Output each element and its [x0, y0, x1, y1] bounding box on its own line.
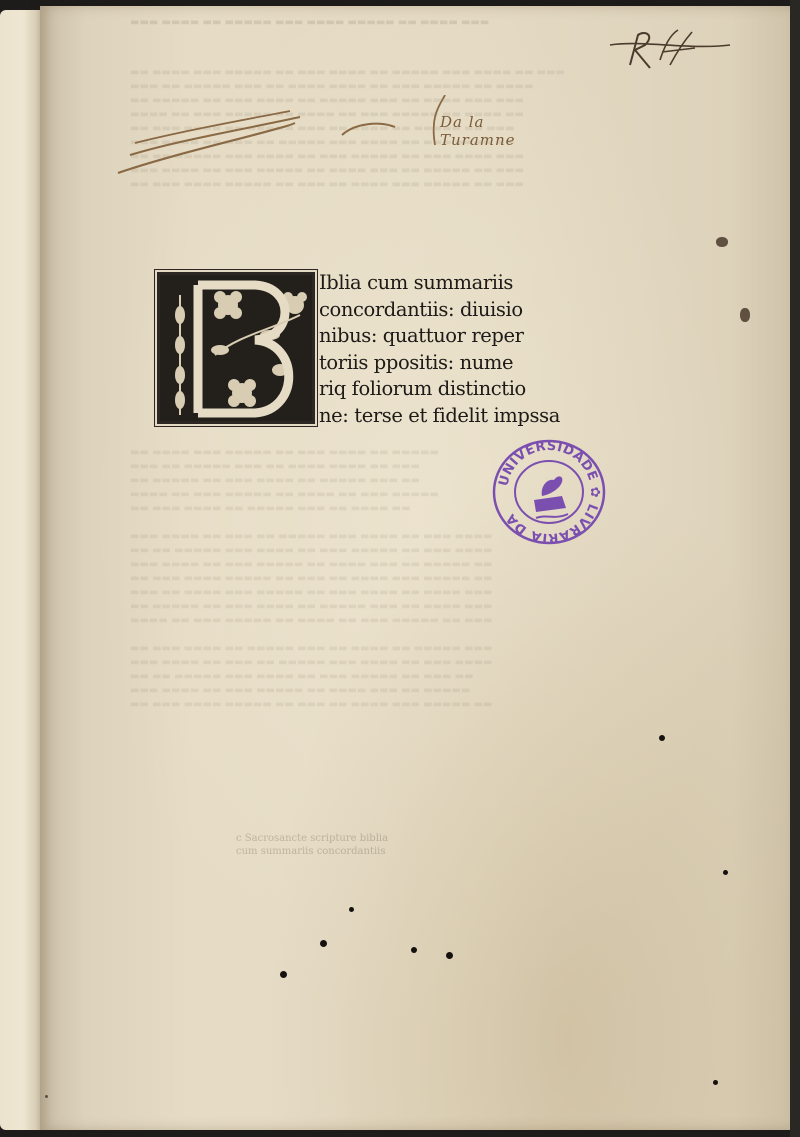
bleed-through-text: ▬▬▬ ▬▬▬▬ ▬▬ ▬▬▬▬▬ ▬▬▬ ▬▬▬▬ ▬▬▬▬▬ ▬▬ ▬▬▬▬…: [130, 16, 632, 30]
imprint-line: cum summariis concordantiis: [236, 845, 388, 858]
right-edge-shadow: [790, 0, 800, 1137]
inscription-text: Da la Turamne: [440, 113, 550, 149]
speck: [45, 1095, 48, 1098]
title-line: ne: terse et fidelit impssa: [319, 403, 549, 430]
wormhole: [411, 947, 417, 953]
ink-stain: [716, 237, 728, 247]
title-line: nibus: quattuor reper: [319, 323, 549, 350]
faded-imprint: c Sacrosancte scripture biblia cum summa…: [236, 832, 388, 858]
monogram: [600, 20, 740, 80]
wormhole: [320, 940, 327, 947]
title-line: riq foliorum distinctio: [319, 376, 549, 403]
decorated-initial: [157, 272, 315, 424]
title-line: toriis ppositis: nume: [319, 350, 549, 377]
title-line: concordantiis: diuisio: [319, 297, 549, 324]
title-block: Iblia cum summariis concordantiis: diuis…: [157, 270, 547, 430]
book-scan: ▬▬▬ ▬▬▬▬ ▬▬ ▬▬▬▬▬ ▬▬▬ ▬▬▬▬ ▬▬▬▬▬ ▬▬ ▬▬▬▬…: [0, 0, 800, 1137]
bird-on-book-stamp-icon: UNIVERSIDADE ✿ LIVRARIA DA: [490, 438, 608, 546]
handwritten-inscription: Da la Turamne: [110, 95, 550, 180]
monogram-icon: [600, 20, 740, 80]
floral-ornament-icon: [160, 275, 312, 421]
title-text: Iblia cum summariis concordantiis: diuis…: [319, 270, 549, 429]
wormhole: [446, 952, 453, 959]
imprint-line: c Sacrosancte scripture biblia: [236, 832, 388, 845]
library-stamp: UNIVERSIDADE ✿ LIVRARIA DA LIVRARIA DA U…: [490, 438, 608, 546]
facing-page-edge: [0, 10, 42, 1130]
wormhole: [349, 907, 354, 912]
title-line: Iblia cum summariis: [319, 270, 549, 297]
wormhole: [659, 735, 665, 741]
wormhole: [280, 971, 287, 978]
wormhole: [723, 870, 728, 875]
ink-stain: [740, 308, 750, 322]
wormhole: [713, 1080, 718, 1085]
